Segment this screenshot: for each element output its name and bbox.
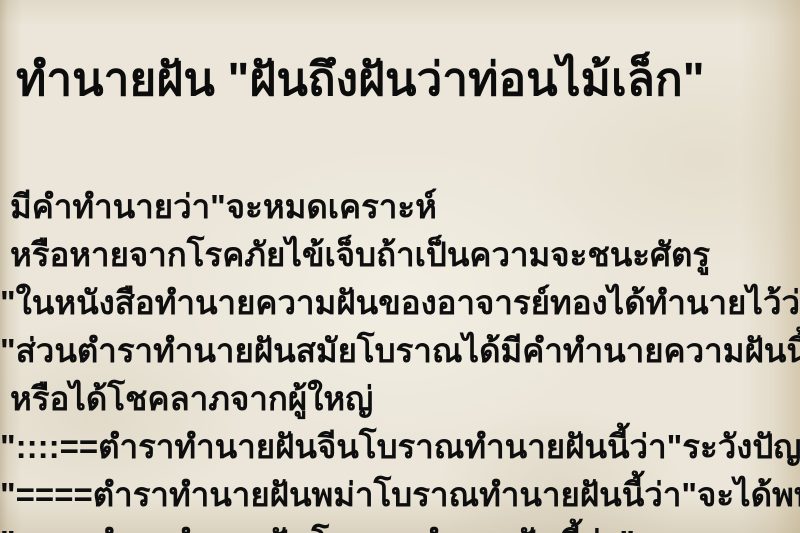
body-line: "====ตำราทำนายฝันพม่าโบราณทำนายฝันนี้ว่า…: [0, 471, 800, 519]
body-line: "::::==ตำราทำนายฝันจีนโบราณทำนายฝันนี้ว่…: [0, 423, 800, 471]
body-line: "ในหนังสือทำนายความฝันของอาจารย์ทองได้ทำ…: [0, 279, 800, 327]
body-line: มีคำทำนายว่า"จะหมดเคราะห์: [0, 183, 800, 231]
dream-interpretation-text: มีคำทำนายว่า"จะหมดเคราะห์ หรือหายจากโรคภ…: [0, 183, 800, 528]
page-title: ทำนายฝัน "ฝันถึงฝันว่าท่อนไม้เล็ก": [16, 43, 705, 116]
body-line: หรือหายจากโรคภัยไข้เจ็บถ้าเป็นความจะชนะศ…: [0, 231, 800, 279]
body-line: หรือได้โชคลาภจากผู้ใหญ่: [0, 375, 800, 423]
body-line: "ส่วนตำราทำนายฝันสมัยโบราณได้มีคำทำนายคว…: [0, 327, 800, 375]
body-line-partial: "====ตำราทำนายฝันโบราณทำนายฝันนี้ว่า": [0, 519, 800, 528]
